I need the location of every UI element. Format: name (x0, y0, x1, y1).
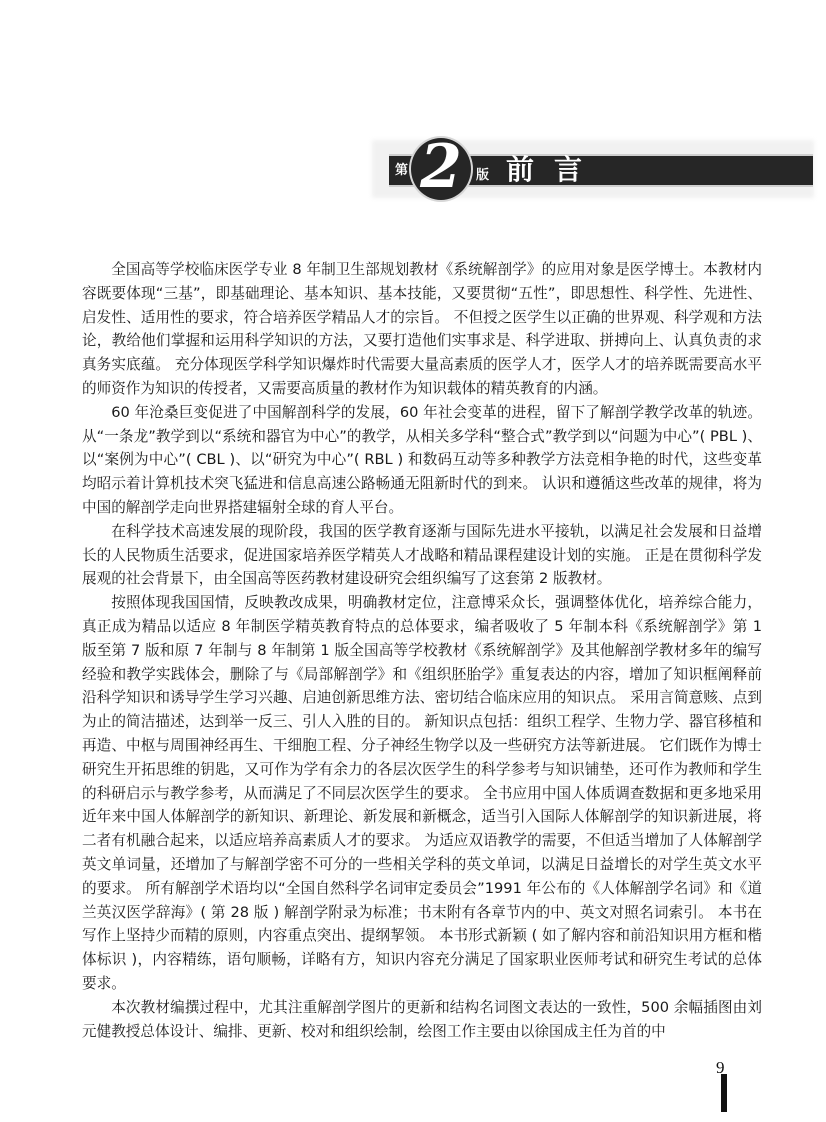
edition-prefix: 第 (395, 159, 408, 178)
page-title: 前言 (506, 153, 602, 187)
preface-body: 全国高等学校临床医学专业 8 年制卫生部规划教材《系统解剖学》的应用对象是医学博… (82, 258, 762, 1043)
paragraph: 60 年沧桑巨变促进了中国解剖科学的发展，60 年社会变革的进程，留下了解剖学教… (82, 401, 762, 520)
page-marker-bar (721, 1074, 727, 1112)
paragraph: 在科学技术高速发展的现阶段，我国的医学教育逐渐与国际先进水平接轨，以满足社会发展… (82, 520, 762, 591)
paragraph: 全国高等学校临床医学专业 8 年制卫生部规划教材《系统解剖学》的应用对象是医学博… (82, 258, 762, 401)
edition-number: 2 (411, 132, 471, 202)
paragraph: 按照体现我国国情，反映教改成果，明确教材定位，注意博采众长，强调整体优化，培养综… (82, 591, 762, 996)
paragraph: 本次教材编撰过程中，尤其注重解剖学图片的更新和结构名词图文表达的一致性，500 … (82, 996, 762, 1044)
edition-suffix: 版 (476, 164, 489, 183)
